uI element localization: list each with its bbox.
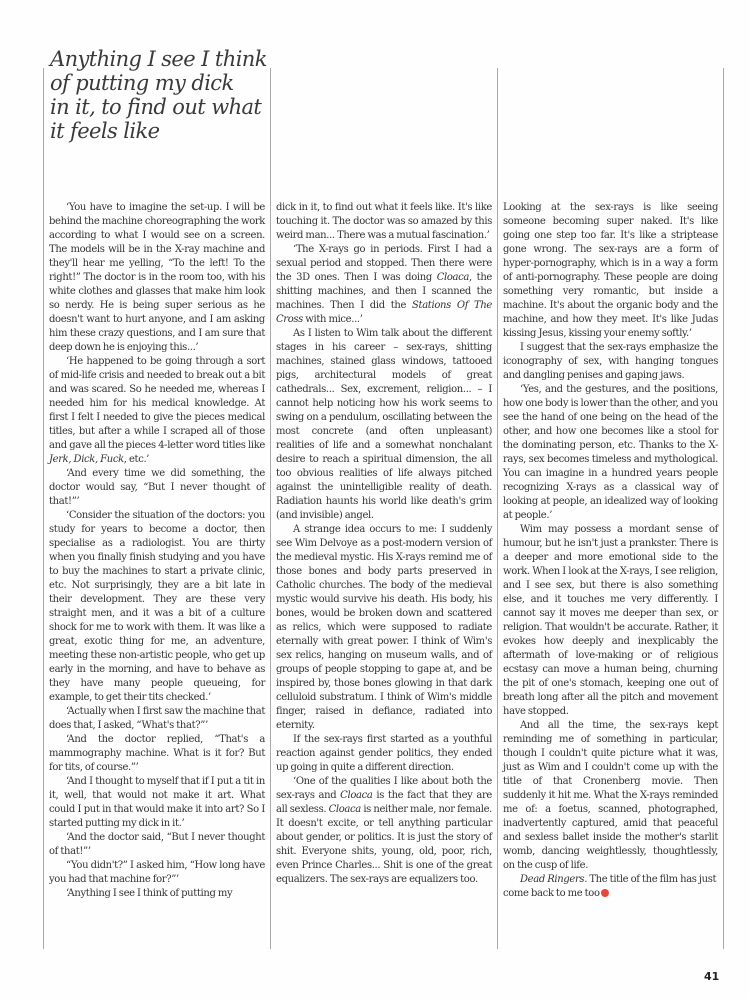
artwork-title: Cloaca (340, 790, 372, 801)
paragraph-text: ‘He happened to be going through a sort … (49, 356, 265, 451)
column-rule-right (723, 68, 724, 949)
pull-quote: Anything I see I think of putting my dic… (50, 47, 265, 143)
paragraph-text: with mice...’ (303, 314, 363, 325)
paragraph: ‘Consider the situation of the doctors: … (49, 509, 265, 705)
paragraph: ‘And I thought to myself that if I put a… (49, 775, 265, 831)
paragraph: ‘And the doctor replied, “That's a mammo… (49, 733, 265, 775)
paragraph: Wim may possess a mordant sense of humou… (503, 523, 718, 719)
paragraph: ‘Yes, and the gestures, and the position… (503, 383, 718, 523)
paragraph: ‘And every time we did something, the do… (49, 467, 265, 509)
paragraph: “You didn't?” I asked him, “How long hav… (49, 859, 265, 887)
text-column-1: ‘You have to imagine the set-up. I will … (49, 201, 265, 901)
pull-quote-line: it feels like (50, 119, 265, 143)
end-mark-dot-icon (601, 889, 609, 897)
page-number: 41 (704, 970, 719, 983)
paragraph: ‘One of the qualities I like about both … (276, 775, 492, 887)
artwork-titles: Jerk, Dick, Fuck (49, 454, 124, 465)
paragraph: dick in it, to find out what it feels li… (276, 201, 492, 243)
paragraph: Looking at the sex-rays is like seeing s… (503, 201, 718, 341)
paragraph: ‘And the doctor said, “But I never thoug… (49, 831, 265, 859)
pull-quote-line: in it, to find out what (50, 95, 265, 119)
pull-quote-line: Anything I see I think (50, 47, 265, 71)
paragraph: I suggest that the sex-rays emphasize th… (503, 341, 718, 383)
artwork-title: Cloaca (329, 804, 361, 815)
text-column-2: dick in it, to find out what it feels li… (276, 201, 492, 887)
paragraph: If the sex-rays first started as a youth… (276, 733, 492, 775)
text-column-3: Looking at the sex-rays is like seeing s… (503, 201, 718, 901)
paragraph: ‘The X-rays go in periods. First I had a… (276, 243, 492, 327)
paragraph: ‘He happened to be going through a sort … (49, 355, 265, 467)
paragraph: A strange idea occurs to me: I suddenly … (276, 523, 492, 733)
magazine-page: Anything I see I think of putting my dic… (0, 0, 750, 999)
column-rule-1 (270, 68, 271, 949)
paragraph: Dead Ringers. The title of the film has … (503, 873, 718, 901)
paragraph: ‘Anything I see I think of putting my (49, 887, 265, 901)
paragraph: ‘You have to imagine the set-up. I will … (49, 201, 265, 355)
film-title: Dead Ringers (520, 874, 584, 885)
paragraph-text: is neither male, nor female. It doesn't … (276, 804, 492, 885)
paragraph: And all the time, the sex-rays kept remi… (503, 719, 718, 873)
paragraph: ‘Actually when I first saw the machine t… (49, 705, 265, 733)
pull-quote-line: of putting my dick (50, 71, 265, 95)
artwork-title: Cloaca (437, 272, 469, 283)
paragraph-text: , etc.’ (124, 454, 149, 465)
column-rule-left (43, 68, 44, 949)
column-rule-2 (497, 68, 498, 949)
paragraph: As I listen to Wim talk about the differ… (276, 327, 492, 523)
